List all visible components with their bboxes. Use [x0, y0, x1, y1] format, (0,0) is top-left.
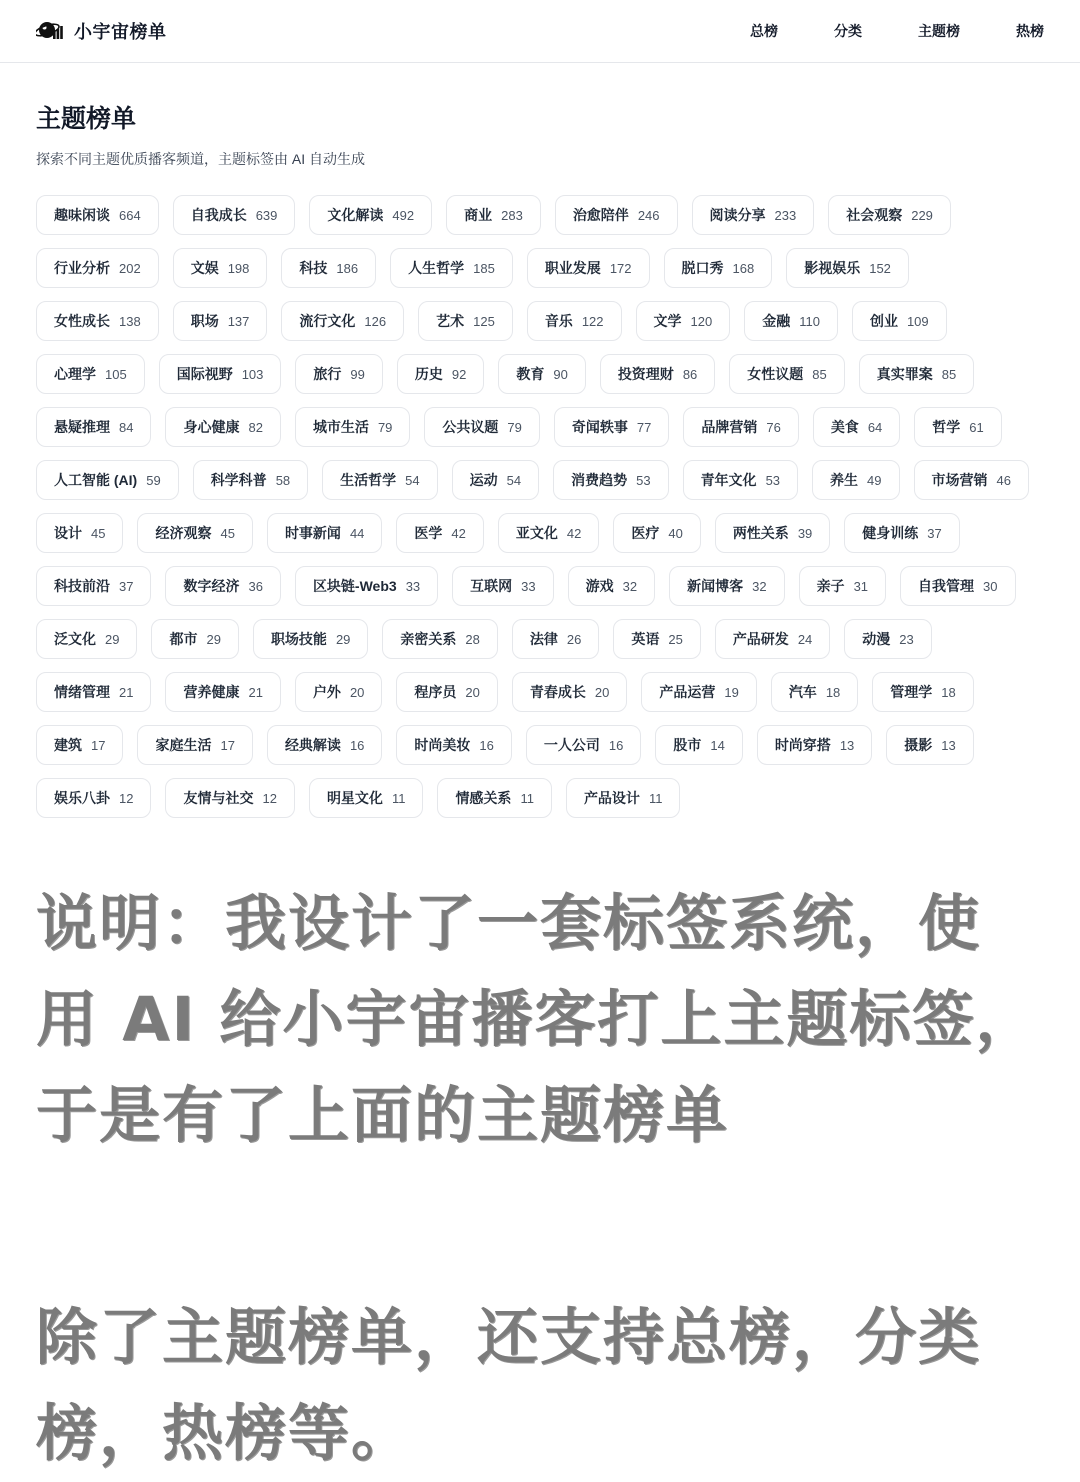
topic-tag-count: 30 [983, 579, 997, 594]
topic-tag-label: 创业 [870, 311, 898, 331]
topic-tag-count: 186 [336, 261, 358, 276]
topic-tag-count: 185 [473, 261, 495, 276]
topic-tag-count: 18 [941, 685, 955, 700]
topic-tag[interactable]: 一人公司16 [526, 725, 641, 765]
topic-tag[interactable]: 新闻博客32 [669, 566, 784, 606]
topic-tag-label: 身心健康 [183, 417, 239, 437]
topic-tag[interactable]: 股市14 [655, 725, 742, 765]
topic-tag-label: 影视娱乐 [804, 258, 860, 278]
topic-tag[interactable]: 汽车18 [771, 672, 858, 712]
topic-tag[interactable]: 投资理财86 [600, 354, 715, 394]
nav-item-category[interactable]: 分类 [834, 21, 862, 41]
topic-tag[interactable]: 两性关系39 [715, 513, 830, 553]
topic-tag-count: 53 [766, 473, 780, 488]
topic-tag[interactable]: 摄影13 [886, 725, 973, 765]
topic-tag[interactable]: 经济观察45 [137, 513, 252, 553]
topic-tag[interactable]: 泛文化29 [36, 619, 137, 659]
topic-tag-count: 29 [105, 632, 119, 647]
topic-tag-label: 自我管理 [918, 576, 974, 596]
topic-tag-count: 29 [336, 632, 350, 647]
topic-tag-label: 市场营销 [932, 470, 988, 490]
topic-tag-count: 137 [228, 314, 250, 329]
topic-tag[interactable]: 人工智能 (AI)59 [36, 460, 179, 500]
topic-tag-count: 13 [941, 738, 955, 753]
topic-tag-label: 美食 [831, 417, 859, 437]
topic-tag-label: 法律 [530, 629, 558, 649]
annotation-line: 榜，热榜等。 [36, 1386, 1050, 1482]
topic-tag[interactable]: 流行文化126 [281, 301, 404, 341]
topic-tag-count: 283 [501, 208, 523, 223]
topic-tag[interactable]: 运动54 [452, 460, 539, 500]
topic-tag-count: 229 [911, 208, 933, 223]
topic-tag[interactable]: 身心健康82 [165, 407, 280, 447]
annotation-line: 除了主题榜单，还支持总榜，分类 [36, 1290, 1050, 1386]
topic-tag-count: 246 [638, 208, 660, 223]
topic-tag-count: 40 [668, 526, 682, 541]
topic-tag-count: 23 [899, 632, 913, 647]
topic-tag-count: 59 [146, 473, 160, 488]
topic-tag-count: 99 [350, 367, 364, 382]
topic-tag[interactable]: 历史92 [397, 354, 484, 394]
topic-tag[interactable]: 创业109 [852, 301, 947, 341]
topic-tag-label: 文学 [654, 311, 682, 331]
topic-tag-count: 33 [406, 579, 420, 594]
topic-tag-count: 13 [840, 738, 854, 753]
topic-tag-count: 20 [465, 685, 479, 700]
topic-tag-count: 76 [766, 420, 780, 435]
topic-tag-label: 股市 [673, 735, 701, 755]
topic-tag-label: 奇闻轶事 [572, 417, 628, 437]
topic-tag-count: 152 [869, 261, 891, 276]
topic-tag-count: 12 [262, 791, 276, 806]
topic-tag-label: 脱口秀 [682, 258, 724, 278]
topic-tag[interactable]: 家庭生活17 [137, 725, 252, 765]
topic-tag-label: 历史 [415, 364, 443, 384]
topic-tag-label: 程序员 [414, 682, 456, 702]
topic-tag[interactable]: 娱乐八卦12 [36, 778, 151, 818]
topic-tag-count: 17 [91, 738, 105, 753]
topic-tag[interactable]: 明星文化11 [309, 778, 424, 818]
annotation-paragraph-1: 说明：我设计了一套标签系统，使用 AI 给小宇宙播客打上主题标签，于是有了上面的… [36, 876, 1050, 1164]
topic-tag[interactable]: 医学42 [396, 513, 483, 553]
topic-tag-count: 92 [452, 367, 466, 382]
topic-tag[interactable]: 艺术125 [418, 301, 513, 341]
topic-tag[interactable]: 文化解读492 [309, 195, 432, 235]
topic-tag-label: 亚文化 [516, 523, 558, 543]
topic-tag-label: 音乐 [545, 311, 573, 331]
topic-tag[interactable]: 女性议题85 [729, 354, 844, 394]
topic-tag-label: 人生哲学 [408, 258, 464, 278]
topic-tag-count: 492 [392, 208, 414, 223]
topic-tag-label: 设计 [54, 523, 82, 543]
topic-tag-count: 42 [451, 526, 465, 541]
topic-tag[interactable]: 游戏32 [568, 566, 655, 606]
topic-tag-count: 85 [942, 367, 956, 382]
top-nav: 总榜 分类 主题榜 热榜 [750, 21, 1044, 41]
topic-tag-count: 168 [733, 261, 755, 276]
nav-item-hot[interactable]: 热榜 [1016, 21, 1044, 41]
topic-tag[interactable]: 设计45 [36, 513, 123, 553]
topic-tag-label: 职业发展 [545, 258, 601, 278]
topic-tag-label: 亲密关系 [400, 629, 456, 649]
topic-tag[interactable]: 建筑17 [36, 725, 123, 765]
topic-tag-label: 游戏 [586, 576, 614, 596]
topic-tag[interactable]: 户外20 [295, 672, 382, 712]
topic-tag[interactable]: 区块链-Web333 [295, 566, 438, 606]
topic-tag-count: 25 [668, 632, 682, 647]
topic-tag-label: 养生 [830, 470, 858, 490]
topic-tag[interactable]: 国际视野103 [159, 354, 282, 394]
topic-tag-label: 户外 [313, 682, 341, 702]
annotation-line: 用 AI 给小宇宙播客打上主题标签， [36, 972, 1050, 1068]
topic-tag[interactable]: 营养健康21 [165, 672, 280, 712]
topic-tag[interactable]: 动漫23 [844, 619, 931, 659]
topic-tag-label: 区块链-Web3 [313, 576, 397, 596]
topic-tag-label: 职场技能 [271, 629, 327, 649]
topic-tag-count: 28 [465, 632, 479, 647]
topic-tag[interactable]: 社会观察229 [828, 195, 951, 235]
topic-tag[interactable]: 心理学105 [36, 354, 145, 394]
topic-tag[interactable]: 脱口秀168 [664, 248, 773, 288]
topic-tag[interactable]: 亲密关系28 [382, 619, 497, 659]
topic-tag-label: 人工智能 (AI) [54, 470, 137, 490]
topic-tag-label: 管理学 [890, 682, 932, 702]
topic-tag-label: 城市生活 [313, 417, 369, 437]
topic-tag-count: 39 [798, 526, 812, 541]
topic-tag-count: 126 [364, 314, 386, 329]
topic-tag-count: 54 [507, 473, 521, 488]
topic-tag[interactable]: 悬疑推理84 [36, 407, 151, 447]
topic-tag[interactable]: 真实罪案85 [859, 354, 974, 394]
page-subtitle: 探索不同主题优质播客频道，主题标签由 AI 自动生成 [36, 149, 1044, 169]
topic-tag-label: 家庭生活 [155, 735, 211, 755]
topic-tag[interactable]: 市场营销46 [914, 460, 1029, 500]
topic-tag-label: 教育 [516, 364, 544, 384]
topic-tag-label: 汽车 [789, 682, 817, 702]
topic-tag-label: 经济观察 [155, 523, 211, 543]
topic-tag-label: 都市 [169, 629, 197, 649]
topic-tag-label: 趣味闲谈 [54, 205, 110, 225]
topic-tag[interactable]: 教育90 [498, 354, 585, 394]
topic-tag-label: 英语 [631, 629, 659, 649]
topic-tag-label: 时尚美妆 [414, 735, 470, 755]
topic-tag-count: 32 [752, 579, 766, 594]
topic-tag[interactable]: 哲学61 [914, 407, 1001, 447]
topic-tag-label: 自我成长 [191, 205, 247, 225]
topic-tag[interactable]: 金融110 [744, 301, 838, 341]
topic-tag[interactable]: 职业发展172 [527, 248, 650, 288]
topic-tag-count: 639 [256, 208, 278, 223]
topic-tag-label: 文化解读 [327, 205, 383, 225]
topic-tag-label: 阅读分享 [710, 205, 766, 225]
topic-tag-count: 58 [276, 473, 290, 488]
topic-tag-label: 心理学 [54, 364, 96, 384]
topic-tag-count: 20 [350, 685, 364, 700]
topic-tag-label: 公共议题 [442, 417, 498, 437]
topic-tag-label: 友情与社交 [183, 788, 253, 808]
topic-tag-label: 动漫 [862, 629, 890, 649]
topic-tag[interactable]: 青春成长20 [512, 672, 627, 712]
topic-tag-count: 29 [206, 632, 220, 647]
topic-tag-label: 治愈陪伴 [573, 205, 629, 225]
topic-tag-count: 125 [473, 314, 495, 329]
topic-tag[interactable]: 科技186 [281, 248, 376, 288]
topic-tag-label: 金融 [762, 311, 790, 331]
topic-tag-count: 79 [507, 420, 521, 435]
topic-tag-count: 109 [907, 314, 929, 329]
topic-tag-label: 青年文化 [701, 470, 757, 490]
topic-tag-count: 16 [609, 738, 623, 753]
topic-tag[interactable]: 养生49 [812, 460, 899, 500]
topic-tag-count: 122 [582, 314, 604, 329]
topic-tag-label: 情绪管理 [54, 682, 110, 702]
topic-tag[interactable]: 医疗40 [613, 513, 700, 553]
topic-tag-label: 投资理财 [618, 364, 674, 384]
topic-tag[interactable]: 阅读分享233 [692, 195, 815, 235]
topic-tag-count: 44 [350, 526, 364, 541]
topic-tag-count: 11 [649, 791, 663, 806]
topic-tag-label: 建筑 [54, 735, 82, 755]
topic-tag[interactable]: 美食64 [813, 407, 900, 447]
topic-tag-label: 泛文化 [54, 629, 96, 649]
topic-tag-label: 职场 [191, 311, 219, 331]
topic-tag[interactable]: 友情与社交12 [165, 778, 294, 818]
topic-tag[interactable]: 职场技能29 [253, 619, 368, 659]
annotation-text: 说明：我设计了一套标签系统，使用 AI 给小宇宙播客打上主题标签，于是有了上面的… [0, 818, 1080, 1482]
nav-item-topic[interactable]: 主题榜 [918, 21, 960, 41]
topic-tag[interactable]: 文娱198 [173, 248, 268, 288]
annotation-line: 说明：我设计了一套标签系统，使 [36, 876, 1050, 972]
topic-tag-label: 营养健康 [183, 682, 239, 702]
topic-tag-label: 科学科普 [211, 470, 267, 490]
topic-tag-label: 哲学 [932, 417, 960, 437]
topic-tag-count: 110 [799, 314, 820, 329]
topic-tag-count: 45 [220, 526, 234, 541]
topic-tag[interactable]: 品牌营销76 [683, 407, 798, 447]
topic-tag-label: 社会观察 [846, 205, 902, 225]
topic-tag[interactable]: 公共议题79 [424, 407, 539, 447]
topic-tag-count: 86 [683, 367, 697, 382]
topic-tag-count: 49 [867, 473, 881, 488]
topic-tag[interactable]: 文学120 [636, 301, 731, 341]
topic-tag-label: 产品研发 [733, 629, 789, 649]
topic-tag-label: 国际视野 [177, 364, 233, 384]
topic-tag[interactable]: 生活哲学54 [322, 460, 437, 500]
topic-tag-list: 趣味闲谈664自我成长639文化解读492商业283治愈陪伴246阅读分享233… [0, 169, 1080, 818]
topic-tag[interactable]: 女性成长138 [36, 301, 159, 341]
topic-tag-count: 103 [242, 367, 264, 382]
topic-tag-count: 85 [812, 367, 826, 382]
topic-tag-count: 20 [595, 685, 609, 700]
topic-tag-label: 娱乐八卦 [54, 788, 110, 808]
topic-tag[interactable]: 青年文化53 [683, 460, 798, 500]
topic-tag-label: 行业分析 [54, 258, 110, 278]
topic-tag-count: 42 [567, 526, 581, 541]
topic-tag-count: 21 [119, 685, 133, 700]
topic-tag-label: 流行文化 [299, 311, 355, 331]
topic-tag-label: 互联网 [470, 576, 512, 596]
topic-tag-label: 生活哲学 [340, 470, 396, 490]
header: 小宇宙榜单 总榜 分类 主题榜 热榜 [0, 0, 1080, 63]
topic-tag[interactable]: 亚文化42 [498, 513, 599, 553]
topic-tag[interactable]: 趣味闲谈664 [36, 195, 159, 235]
planet-chart-logo-icon [36, 17, 64, 45]
topic-tag-label: 时事新闻 [285, 523, 341, 543]
topic-tag-label: 商业 [464, 205, 492, 225]
topic-tag-count: 18 [826, 685, 840, 700]
topic-tag[interactable]: 商业283 [446, 195, 541, 235]
topic-tag-count: 61 [969, 420, 983, 435]
topic-tag-count: 37 [119, 579, 133, 594]
topic-tag-label: 女性议题 [747, 364, 803, 384]
topic-tag[interactable]: 奇闻轶事77 [554, 407, 669, 447]
topic-tag-count: 32 [623, 579, 637, 594]
topic-tag-label: 科技 [299, 258, 327, 278]
topic-tag-label: 青春成长 [530, 682, 586, 702]
topic-tag-label: 女性成长 [54, 311, 110, 331]
topic-tag-count: 12 [119, 791, 133, 806]
topic-tag-label: 真实罪案 [877, 364, 933, 384]
topic-tag[interactable]: 自我成长639 [173, 195, 296, 235]
topic-tag-count: 90 [553, 367, 567, 382]
topic-tag-label: 新闻博客 [687, 576, 743, 596]
topic-tag-label: 旅行 [313, 364, 341, 384]
topic-tag[interactable]: 旅行99 [295, 354, 382, 394]
topic-tag[interactable]: 法律26 [512, 619, 599, 659]
topic-tag-count: 77 [637, 420, 651, 435]
topic-tag-label: 产品运营 [659, 682, 715, 702]
topic-tag-label: 经典解读 [285, 735, 341, 755]
topic-tag[interactable]: 程序员20 [396, 672, 497, 712]
topic-tag-count: 19 [724, 685, 738, 700]
topic-tag[interactable]: 经典解读16 [267, 725, 382, 765]
topic-tag-count: 11 [392, 791, 406, 806]
topic-tag-count: 233 [775, 208, 797, 223]
topic-tag-count: 79 [378, 420, 392, 435]
topic-tag-label: 运动 [470, 470, 498, 490]
topic-tag-count: 202 [119, 261, 141, 276]
topic-tag-label: 医疗 [631, 523, 659, 543]
annotation-paragraph-2: 除了主题榜单，还支持总榜，分类榜，热榜等。 [36, 1290, 1050, 1482]
topic-tag[interactable]: 行业分析202 [36, 248, 159, 288]
topic-tag[interactable]: 亲子31 [799, 566, 886, 606]
topic-tag[interactable]: 音乐122 [527, 301, 622, 341]
topic-tag-label: 文娱 [191, 258, 219, 278]
topic-tag-count: 120 [691, 314, 713, 329]
brand-title: 小宇宙榜单 [74, 18, 167, 44]
topic-tag-label: 医学 [414, 523, 442, 543]
topic-tag[interactable]: 时尚穿搭13 [757, 725, 872, 765]
topic-tag-label: 明星文化 [327, 788, 383, 808]
topic-tag[interactable]: 影视娱乐152 [786, 248, 909, 288]
page-title: 主题榜单 [36, 99, 1044, 135]
topic-tag-count: 53 [636, 473, 650, 488]
topic-tag-label: 消费趋势 [571, 470, 627, 490]
topic-tag[interactable]: 数字经济36 [165, 566, 280, 606]
topic-tag[interactable]: 健身训练37 [844, 513, 959, 553]
topic-tag-count: 31 [854, 579, 868, 594]
topic-tag-label: 一人公司 [544, 735, 600, 755]
topic-tag-count: 37 [927, 526, 941, 541]
brand[interactable]: 小宇宙榜单 [36, 17, 167, 45]
topic-tag-count: 33 [521, 579, 535, 594]
topic-tag-label: 品牌营销 [701, 417, 757, 437]
topic-tag[interactable]: 英语25 [613, 619, 700, 659]
topic-tag-count: 84 [119, 420, 133, 435]
topic-tag[interactable]: 职场137 [173, 301, 268, 341]
annotation-line: 于是有了上面的主题榜单 [36, 1068, 1050, 1164]
topic-tag[interactable]: 城市生活79 [295, 407, 410, 447]
nav-item-overall[interactable]: 总榜 [750, 21, 778, 41]
topic-tag[interactable]: 自我管理30 [900, 566, 1015, 606]
topic-tag[interactable]: 消费趋势53 [553, 460, 668, 500]
topic-tag-count: 26 [567, 632, 581, 647]
topic-tag[interactable]: 时尚美妆16 [396, 725, 511, 765]
topic-tag-label: 艺术 [436, 311, 464, 331]
topic-tag-count: 198 [228, 261, 250, 276]
topic-tag-count: 664 [119, 208, 141, 223]
topic-tag-label: 科技前沿 [54, 576, 110, 596]
topic-tag[interactable]: 情绪管理21 [36, 672, 151, 712]
topic-tag-count: 54 [405, 473, 419, 488]
page-head: 主题榜单 探索不同主题优质播客频道，主题标签由 AI 自动生成 [0, 63, 1080, 169]
topic-tag-count: 46 [997, 473, 1011, 488]
topic-tag-label: 摄影 [904, 735, 932, 755]
topic-tag[interactable]: 产品设计11 [566, 778, 681, 818]
topic-tag[interactable]: 时事新闻44 [267, 513, 382, 553]
topic-tag-count: 14 [710, 738, 724, 753]
topic-tag-label: 健身训练 [862, 523, 918, 543]
topic-tag-count: 172 [610, 261, 632, 276]
topic-tag-label: 悬疑推理 [54, 417, 110, 437]
topic-tag[interactable]: 科技前沿37 [36, 566, 151, 606]
topic-tag[interactable]: 互联网33 [452, 566, 553, 606]
topic-tag-count: 11 [520, 791, 534, 806]
topic-tag-count: 21 [248, 685, 262, 700]
topic-tag-count: 138 [119, 314, 141, 329]
topic-tag-count: 36 [248, 579, 262, 594]
topic-tag-count: 82 [248, 420, 262, 435]
topic-tag[interactable]: 情感关系11 [437, 778, 552, 818]
topic-tag-label: 时尚穿搭 [775, 735, 831, 755]
topic-tag[interactable]: 管理学18 [872, 672, 973, 712]
topic-tag[interactable]: 产品研发24 [715, 619, 830, 659]
topic-tag[interactable]: 人生哲学185 [390, 248, 513, 288]
topic-tag-count: 45 [91, 526, 105, 541]
topic-tag-label: 数字经济 [183, 576, 239, 596]
topic-tag[interactable]: 都市29 [151, 619, 238, 659]
topic-tag-count: 64 [868, 420, 882, 435]
topic-tag-label: 情感关系 [455, 788, 511, 808]
topic-tag-label: 两性关系 [733, 523, 789, 543]
topic-tag-label: 亲子 [817, 576, 845, 596]
topic-tag[interactable]: 产品运营19 [641, 672, 756, 712]
topic-tag-count: 16 [350, 738, 364, 753]
topic-tag-count: 16 [479, 738, 493, 753]
topic-tag[interactable]: 科学科普58 [193, 460, 308, 500]
topic-tag-label: 产品设计 [584, 788, 640, 808]
topic-tag-count: 17 [220, 738, 234, 753]
topic-tag-count: 105 [105, 367, 127, 382]
topic-tag-count: 24 [798, 632, 812, 647]
topic-tag[interactable]: 治愈陪伴246 [555, 195, 678, 235]
